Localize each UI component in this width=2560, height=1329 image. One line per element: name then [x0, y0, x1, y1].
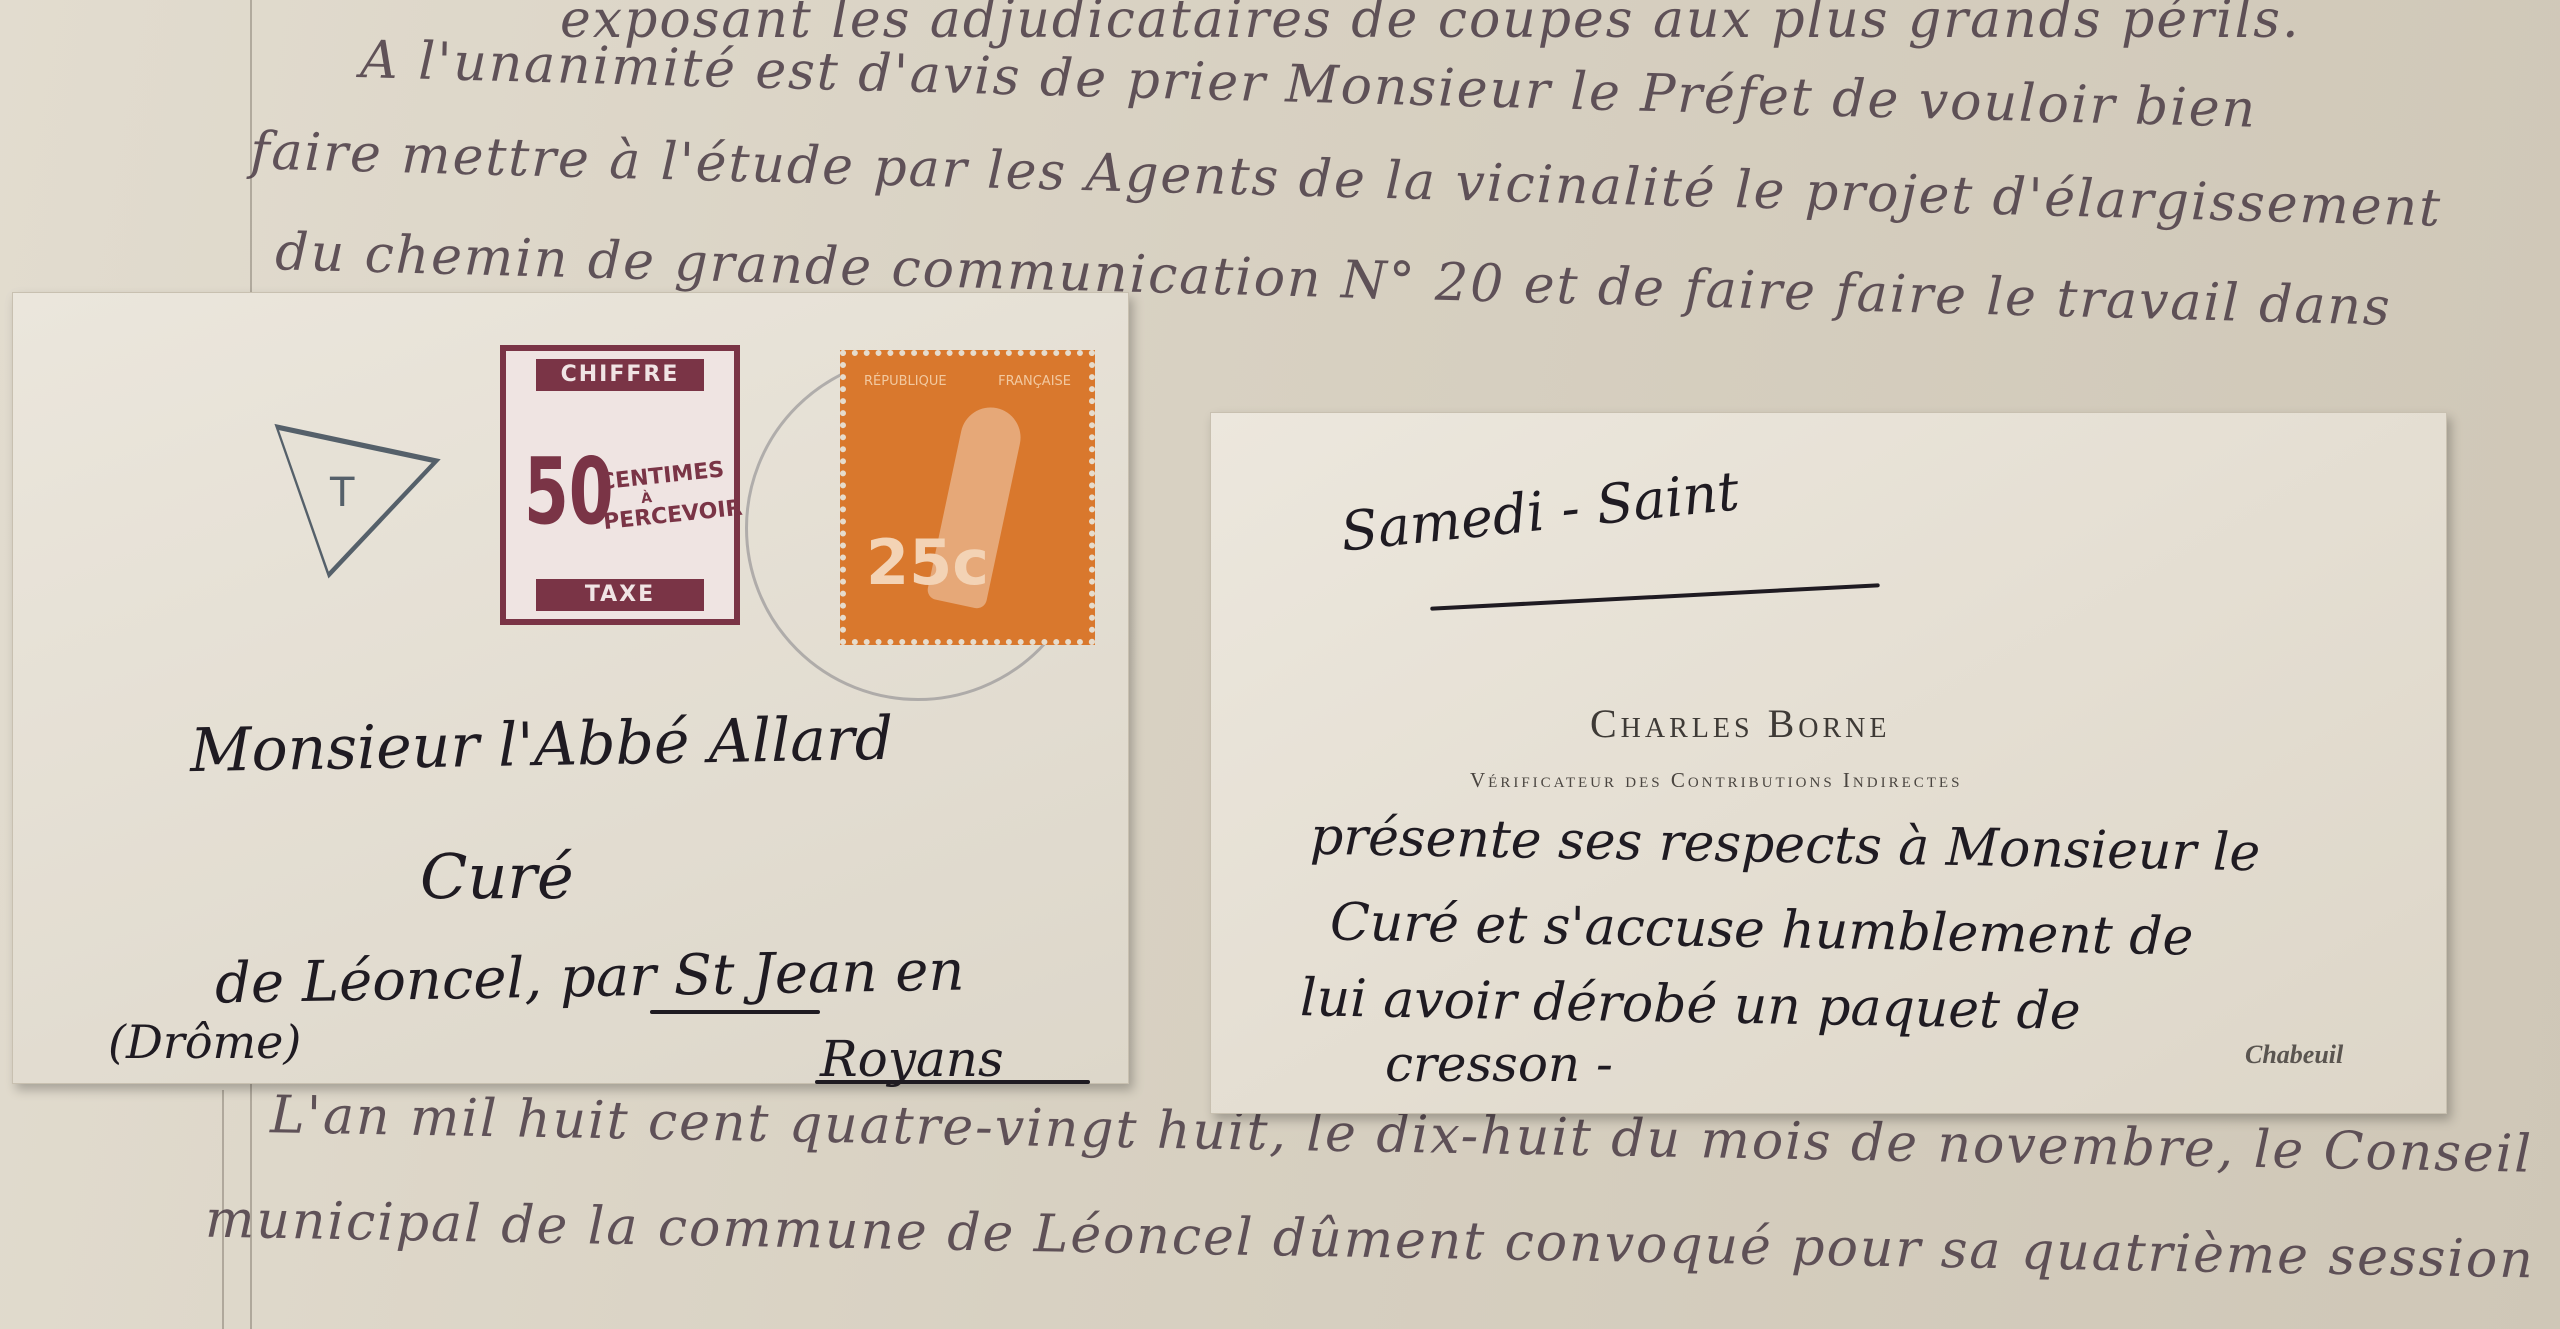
- card-message-line: cresson -: [1385, 1035, 1613, 1093]
- ledger-line: municipal de la commune de Léoncel dûmen…: [205, 1190, 2536, 1291]
- stamp-top-label: CHIFFRE: [536, 359, 704, 391]
- address-underline: [815, 1080, 1090, 1084]
- address-line-2: Curé: [420, 840, 574, 913]
- ledger-line: faire mettre à l'étude par les Agents de…: [250, 121, 2443, 238]
- stamp-bottom-label: TAXE: [536, 579, 704, 611]
- card-printed-name: Charles Borne: [1590, 700, 1890, 747]
- sower-postage-stamp: RÉPUBLIQUE FRANÇAISE 25c: [840, 350, 1095, 645]
- tax-mark-letter: T: [330, 470, 354, 516]
- stamp-words: CENTIMES À PERCEVOIR: [598, 456, 744, 536]
- card-printed-title: Vérificateur des Contributions Indirecte…: [1470, 768, 1962, 793]
- stamp-country-right: FRANÇAISE: [998, 374, 1071, 389]
- card-printed-place: Chabeuil: [2245, 1040, 2343, 1070]
- stamp-country: RÉPUBLIQUE FRANÇAISE: [864, 374, 1071, 389]
- address-line-3: de Léoncel, par St Jean en: [214, 938, 964, 1016]
- postage-due-stamp: CHIFFRE 50 CENTIMES À PERCEVOIR TAXE: [500, 345, 740, 625]
- address-line-4: (Drôme): [108, 1015, 301, 1069]
- address-underline: [650, 1010, 820, 1014]
- stamp-country-left: RÉPUBLIQUE: [864, 374, 947, 389]
- address-line-1: Monsieur l'Abbé Allard: [189, 704, 893, 786]
- stamp-value: 25c: [866, 526, 989, 599]
